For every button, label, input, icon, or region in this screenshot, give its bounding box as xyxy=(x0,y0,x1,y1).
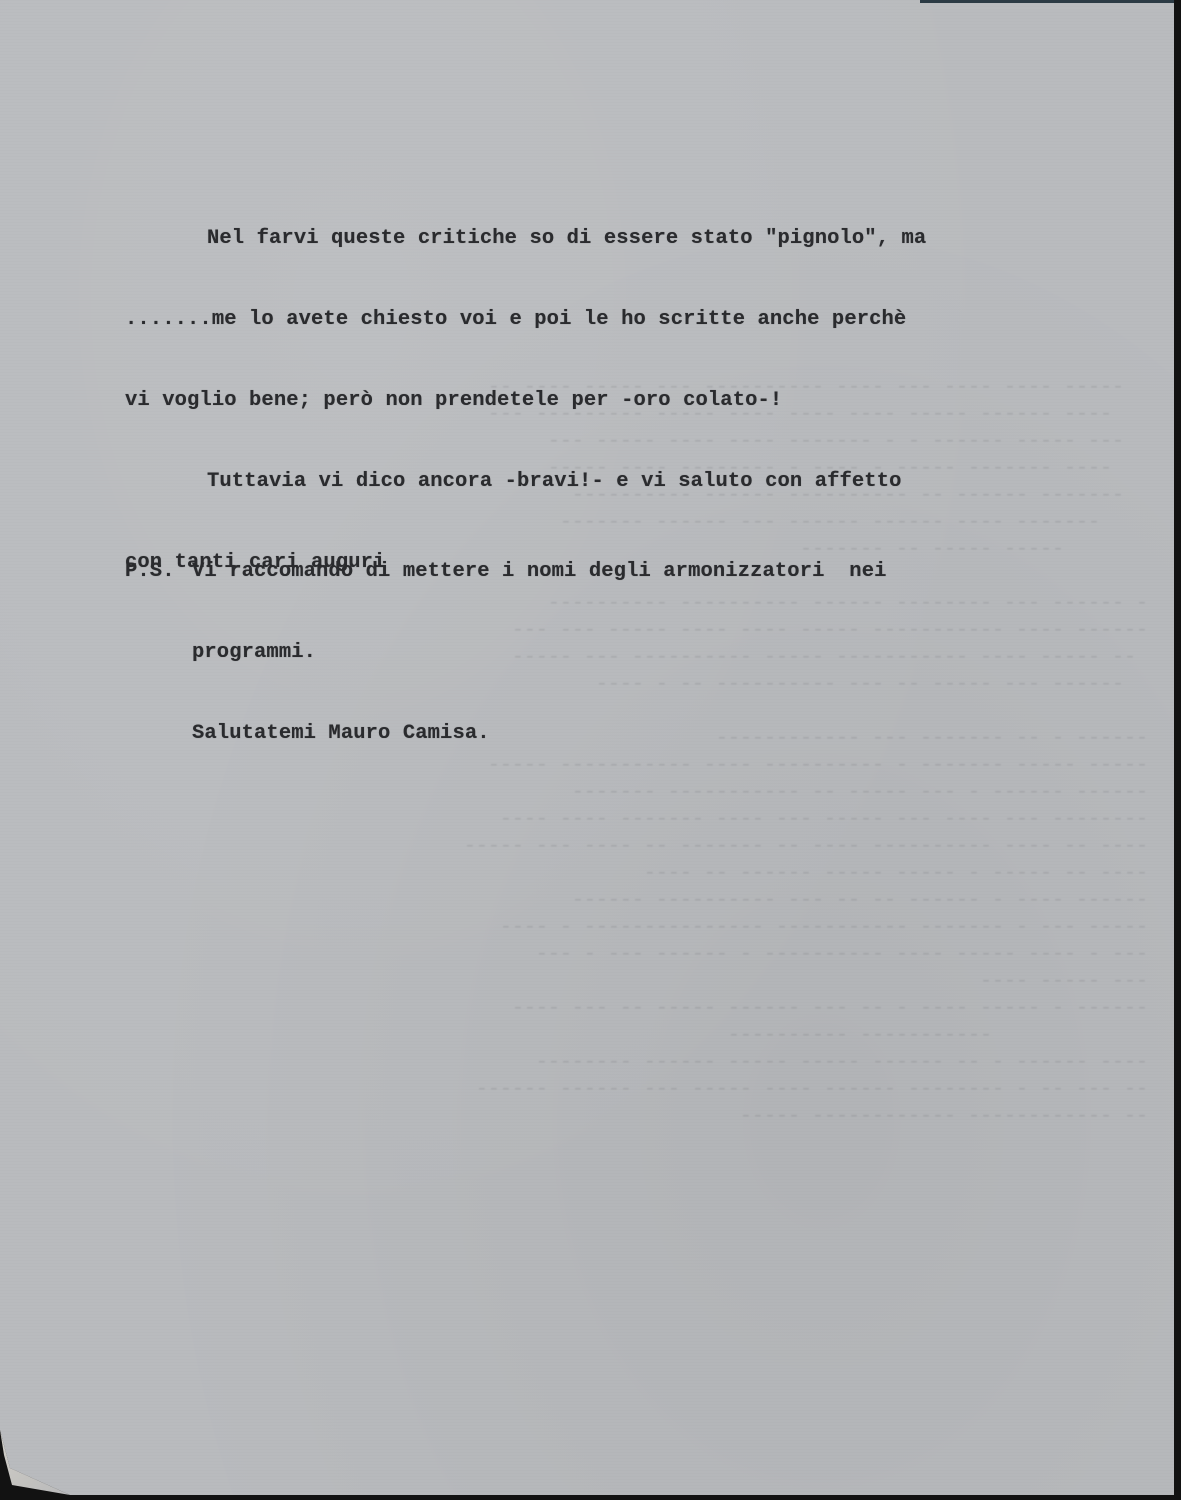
postscript-line-3: Salutatemi Mauro Camisa. xyxy=(125,720,887,747)
paragraph-1-line-2: .......me lo avete chiesto voi e poi le … xyxy=(125,306,926,333)
postscript-line-1: P.S.Vi raccomando di mettere i nomi degl… xyxy=(125,558,887,585)
postscript-text-1: Vi raccomando di mettere i nomi degli ar… xyxy=(192,560,887,583)
postscript: P.S.Vi raccomando di mettere i nomi degl… xyxy=(125,504,887,801)
postscript-line-2: programmi. xyxy=(125,639,887,666)
scan-edge-strip xyxy=(920,0,1175,3)
paragraph-1-line-1: Nel farvi queste critiche so di essere s… xyxy=(125,225,926,252)
postscript-label: P.S. xyxy=(125,558,192,585)
paper-sheet: ----- ---- ---- --- ---- ---------- --- … xyxy=(0,0,1174,1495)
paragraph-1-line-3: vi voglio bene; però non prendetele per … xyxy=(125,387,926,414)
paragraph-2-line-1: Tuttavia vi dico ancora -bravi!- e vi sa… xyxy=(125,468,926,495)
